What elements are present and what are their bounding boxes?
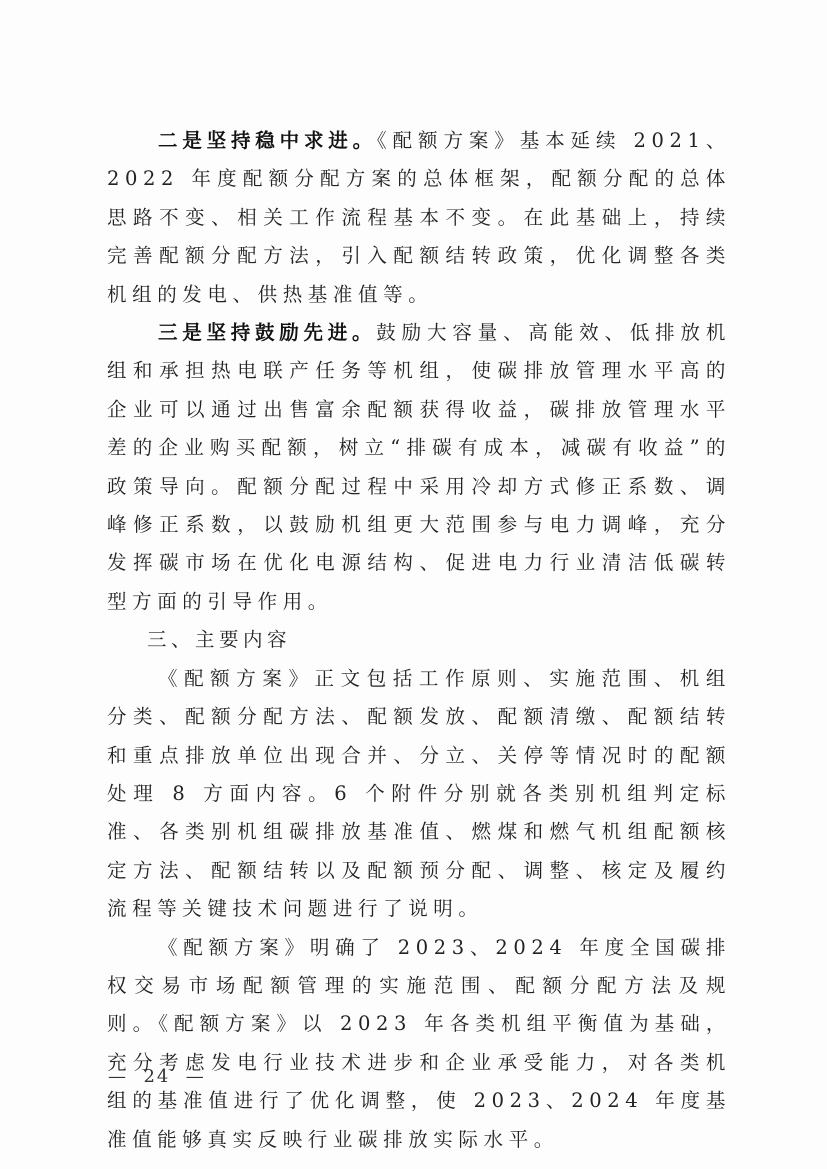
- paragraph-text: 鼓励大容量、高能效、低排放机组和承担热电联产任务等机组，使碳排放管理水平高的企业…: [107, 321, 731, 613]
- paragraph-lead: 二是坚持稳中求进。: [158, 129, 377, 152]
- paragraph-steady-progress: 二是坚持稳中求进。《配额方案》基本延续 2021、2022 年度配额分配方案的总…: [107, 122, 731, 314]
- document-page: 二是坚持稳中求进。《配额方案》基本延续 2021、2022 年度配额分配方案的总…: [0, 0, 827, 1169]
- paragraph-scope-rules: 《配额方案》明确了 2023、2024 年度全国碳排权交易市场配额管理的实施范围…: [107, 929, 731, 1159]
- section-heading: 三、主要内容: [107, 621, 731, 659]
- paragraph-lead: 三是坚持鼓励先进。: [158, 321, 376, 344]
- document-body: 二是坚持稳中求进。《配额方案》基本延续 2021、2022 年度配额分配方案的总…: [107, 122, 731, 1159]
- paragraph-text: 《配额方案》基本延续 2021、2022 年度配额分配方案的总体框架，配额分配的…: [107, 129, 731, 306]
- page-number: — 24 —: [108, 1066, 206, 1087]
- paragraph-main-content: 《配额方案》正文包括工作原则、实施范围、机组分类、配额分配方法、配额发放、配额清…: [107, 660, 731, 929]
- paragraph-encourage-advanced: 三是坚持鼓励先进。鼓励大容量、高能效、低排放机组和承担热电联产任务等机组，使碳排…: [107, 314, 731, 621]
